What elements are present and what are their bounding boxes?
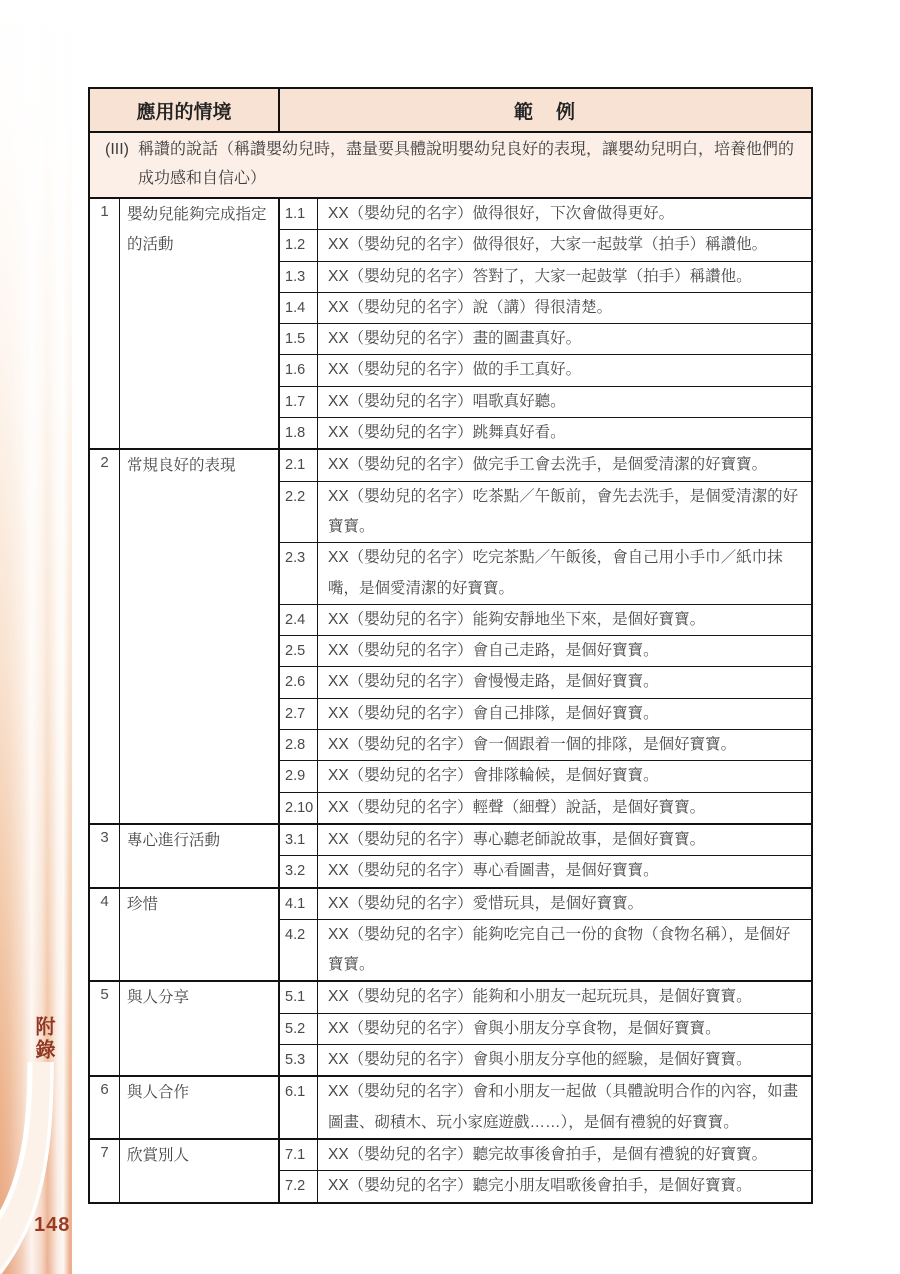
group-number: 6 (90, 1077, 120, 1138)
items-column: 7.1XX（嬰幼兒的名字）聽完故事後會拍手，是個有禮貌的好寶寶。7.2XX（嬰幼… (280, 1140, 811, 1202)
item-text: XX（嬰幼兒的名字）說（講）得很清楚。 (318, 293, 811, 323)
item-row: 2.1XX（嬰幼兒的名字）做完手工會去洗手，是個愛清潔的好寶寶。 (280, 450, 811, 480)
items-column: 6.1XX（嬰幼兒的名字）會和小朋友一起做（具體說明合作的內容，如畫圖畫、砌積木… (280, 1077, 811, 1138)
item-text: XX（嬰幼兒的名字）吃完茶點／午飯後，會自己用小手巾／紙巾抹嘴，是個愛清潔的好寶… (318, 543, 811, 604)
item-text: XX（嬰幼兒的名字）會與小朋友分享他的經驗，是個好寶寶。 (318, 1045, 811, 1075)
group-situation: 常規良好的表現 (120, 450, 280, 823)
item-id: 1.1 (280, 199, 318, 229)
table-header-row: 應用的情境 範 例 (90, 89, 811, 133)
item-row: 1.6XX（嬰幼兒的名字）做的手工真好。 (280, 354, 811, 385)
item-text: XX（嬰幼兒的名字）聽完小朋友唱歌後會拍手，是個好寶寶。 (318, 1171, 811, 1201)
item-id: 1.8 (280, 418, 318, 448)
item-id: 1.5 (280, 324, 318, 354)
item-text: XX（嬰幼兒的名字）愛惜玩具，是個好寶寶。 (318, 889, 811, 919)
item-row: 7.1XX（嬰幼兒的名字）聽完故事後會拍手，是個有禮貌的好寶寶。 (280, 1140, 811, 1170)
sidebar-gradient-strip (0, 0, 72, 1274)
item-id: 3.2 (280, 856, 318, 886)
item-text: XX（嬰幼兒的名字）聽完故事後會拍手，是個有禮貌的好寶寶。 (318, 1140, 811, 1170)
group-situation: 珍惜 (120, 889, 280, 981)
group-number: 1 (90, 199, 120, 448)
item-text: XX（嬰幼兒的名字）能夠安靜地坐下來，是個好寶寶。 (318, 605, 811, 635)
item-id: 3.1 (280, 825, 318, 855)
item-id: 2.6 (280, 667, 318, 697)
item-row: 1.3XX（嬰幼兒的名字）答對了，大家一起鼓掌（拍手）稱讚他。 (280, 261, 811, 292)
section-text: 稱讚的說話（稱讚嬰幼兒時，盡量要具體說明嬰幼兒良好的表現，讓嬰幼兒明白，培養他們… (138, 136, 803, 193)
group-number: 5 (90, 982, 120, 1075)
group-situation: 與人合作 (120, 1077, 280, 1138)
item-row: 5.3XX（嬰幼兒的名字）會與小朋友分享他的經驗，是個好寶寶。 (280, 1044, 811, 1075)
item-text: XX（嬰幼兒的名字）會慢慢走路，是個好寶寶。 (318, 667, 811, 697)
item-id: 1.7 (280, 387, 318, 417)
item-text: XX（嬰幼兒的名字）會自己走路，是個好寶寶。 (318, 636, 811, 666)
item-id: 5.3 (280, 1045, 318, 1075)
group-situation: 嬰幼兒能夠完成指定的活動 (120, 199, 280, 448)
item-text: XX（嬰幼兒的名字）會和小朋友一起做（具體說明合作的內容，如畫圖畫、砌積木、玩小… (318, 1077, 811, 1138)
items-column: 1.1XX（嬰幼兒的名字）做得很好，下次會做得更好。1.2XX（嬰幼兒的名字）做… (280, 199, 811, 448)
items-column: 2.1XX（嬰幼兒的名字）做完手工會去洗手，是個愛清潔的好寶寶。2.2XX（嬰幼… (280, 450, 811, 823)
item-text: XX（嬰幼兒的名字）輕聲（細聲）說話，是個好寶寶。 (318, 793, 811, 823)
item-row: 2.4XX（嬰幼兒的名字）能夠安靜地坐下來，是個好寶寶。 (280, 604, 811, 635)
item-id: 5.2 (280, 1014, 318, 1044)
praise-examples-table: 應用的情境 範 例 (III) 稱讚的說話（稱讚嬰幼兒時，盡量要具體說明嬰幼兒良… (88, 87, 813, 1204)
item-id: 1.6 (280, 355, 318, 385)
item-id: 2.9 (280, 761, 318, 791)
item-row: 6.1XX（嬰幼兒的名字）會和小朋友一起做（具體說明合作的內容，如畫圖畫、砌積木… (280, 1077, 811, 1138)
item-text: XX（嬰幼兒的名字）答對了，大家一起鼓掌（拍手）稱讚他。 (318, 262, 811, 292)
group-situation: 與人分享 (120, 982, 280, 1075)
item-text: XX（嬰幼兒的名字）專心聽老師說故事，是個好寶寶。 (318, 825, 811, 855)
item-row: 2.3XX（嬰幼兒的名字）吃完茶點／午飯後，會自己用小手巾／紙巾抹嘴，是個愛清潔… (280, 542, 811, 604)
group-row: 1嬰幼兒能夠完成指定的活動1.1XX（嬰幼兒的名字）做得很好，下次會做得更好。1… (90, 199, 811, 448)
header-cell-situation: 應用的情境 (90, 89, 280, 131)
table-body: 1嬰幼兒能夠完成指定的活動1.1XX（嬰幼兒的名字）做得很好，下次會做得更好。1… (90, 199, 811, 1202)
item-row: 2.9XX（嬰幼兒的名字）會排隊輪候，是個好寶寶。 (280, 760, 811, 791)
item-row: 2.5XX（嬰幼兒的名字）會自己走路，是個好寶寶。 (280, 635, 811, 666)
item-row: 2.10XX（嬰幼兒的名字）輕聲（細聲）說話，是個好寶寶。 (280, 792, 811, 823)
item-row: 4.2XX（嬰幼兒的名字）能夠吃完自己一份的食物（食物名稱），是個好寶寶。 (280, 919, 811, 981)
item-text: XX（嬰幼兒的名字）畫的圖畫真好。 (318, 324, 811, 354)
item-row: 1.5XX（嬰幼兒的名字）畫的圖畫真好。 (280, 323, 811, 354)
item-text: XX（嬰幼兒的名字）會與小朋友分享食物，是個好寶寶。 (318, 1014, 811, 1044)
item-text: XX（嬰幼兒的名字）跳舞真好看。 (318, 418, 811, 448)
item-text: XX（嬰幼兒的名字）唱歌真好聽。 (318, 387, 811, 417)
item-id: 2.3 (280, 543, 318, 604)
item-id: 1.3 (280, 262, 318, 292)
item-id: 2.4 (280, 605, 318, 635)
section-note-row: (III) 稱讚的說話（稱讚嬰幼兒時，盡量要具體說明嬰幼兒良好的表現，讓嬰幼兒明… (90, 133, 811, 199)
group-number: 3 (90, 825, 120, 887)
item-id: 2.8 (280, 730, 318, 760)
item-row: 3.1XX（嬰幼兒的名字）專心聽老師說故事，是個好寶寶。 (280, 825, 811, 855)
appendix-label: 附錄 (29, 1016, 58, 1062)
item-row: 2.8XX（嬰幼兒的名字）會一個跟着一個的排隊，是個好寶寶。 (280, 729, 811, 760)
items-column: 3.1XX（嬰幼兒的名字）專心聽老師說故事，是個好寶寶。3.2XX（嬰幼兒的名字… (280, 825, 811, 887)
group-number: 2 (90, 450, 120, 823)
item-id: 2.2 (280, 482, 318, 543)
group-row: 4珍惜4.1XX（嬰幼兒的名字）愛惜玩具，是個好寶寶。4.2XX（嬰幼兒的名字）… (90, 887, 811, 981)
item-row: 5.2XX（嬰幼兒的名字）會與小朋友分享食物，是個好寶寶。 (280, 1013, 811, 1044)
sidebar-swoosh-decoration (0, 1062, 72, 1274)
group-number: 7 (90, 1140, 120, 1202)
item-id: 1.2 (280, 230, 318, 260)
item-id: 1.4 (280, 293, 318, 323)
item-row: 3.2XX（嬰幼兒的名字）專心看圖書，是個好寶寶。 (280, 855, 811, 886)
item-row: 7.2XX（嬰幼兒的名字）聽完小朋友唱歌後會拍手，是個好寶寶。 (280, 1170, 811, 1201)
item-text: XX（嬰幼兒的名字）做完手工會去洗手，是個愛清潔的好寶寶。 (318, 450, 811, 480)
item-id: 2.5 (280, 636, 318, 666)
item-id: 7.2 (280, 1171, 318, 1201)
item-text: XX（嬰幼兒的名字）會自己排隊，是個好寶寶。 (318, 699, 811, 729)
group-number: 4 (90, 889, 120, 981)
item-row: 2.2XX（嬰幼兒的名字）吃茶點／午飯前，會先去洗手，是個愛清潔的好寶寶。 (280, 481, 811, 543)
group-situation: 專心進行活動 (120, 825, 280, 887)
group-row: 7欣賞別人7.1XX（嬰幼兒的名字）聽完故事後會拍手，是個有禮貌的好寶寶。7.2… (90, 1138, 811, 1202)
item-row: 5.1XX（嬰幼兒的名字）能夠和小朋友一起玩玩具，是個好寶寶。 (280, 982, 811, 1012)
item-id: 5.1 (280, 982, 318, 1012)
group-row: 5與人分享5.1XX（嬰幼兒的名字）能夠和小朋友一起玩玩具，是個好寶寶。5.2X… (90, 980, 811, 1075)
item-id: 4.2 (280, 920, 318, 981)
item-id: 2.10 (280, 793, 318, 823)
section-marker: (III) (96, 136, 138, 193)
group-row: 2常規良好的表現2.1XX（嬰幼兒的名字）做完手工會去洗手，是個愛清潔的好寶寶。… (90, 448, 811, 823)
header-cell-example: 範 例 (280, 89, 811, 131)
page-number: 148 (34, 1214, 70, 1237)
item-text: XX（嬰幼兒的名字）能夠吃完自己一份的食物（食物名稱），是個好寶寶。 (318, 920, 811, 981)
item-row: 4.1XX（嬰幼兒的名字）愛惜玩具，是個好寶寶。 (280, 889, 811, 919)
item-row: 2.6XX（嬰幼兒的名字）會慢慢走路，是個好寶寶。 (280, 666, 811, 697)
item-text: XX（嬰幼兒的名字）做得很好，大家一起鼓掌（拍手）稱讚他。 (318, 230, 811, 260)
item-row: 1.2XX（嬰幼兒的名字）做得很好，大家一起鼓掌（拍手）稱讚他。 (280, 229, 811, 260)
item-text: XX（嬰幼兒的名字）專心看圖書，是個好寶寶。 (318, 856, 811, 886)
item-id: 4.1 (280, 889, 318, 919)
item-row: 1.1XX（嬰幼兒的名字）做得很好，下次會做得更好。 (280, 199, 811, 229)
items-column: 4.1XX（嬰幼兒的名字）愛惜玩具，是個好寶寶。4.2XX（嬰幼兒的名字）能夠吃… (280, 889, 811, 981)
item-text: XX（嬰幼兒的名字）會一個跟着一個的排隊，是個好寶寶。 (318, 730, 811, 760)
item-text: XX（嬰幼兒的名字）做得很好，下次會做得更好。 (318, 199, 811, 229)
group-situation: 欣賞別人 (120, 1140, 280, 1202)
item-row: 2.7XX（嬰幼兒的名字）會自己排隊，是個好寶寶。 (280, 698, 811, 729)
item-text: XX（嬰幼兒的名字）會排隊輪候，是個好寶寶。 (318, 761, 811, 791)
item-text: XX（嬰幼兒的名字）吃茶點／午飯前，會先去洗手，是個愛清潔的好寶寶。 (318, 482, 811, 543)
item-text: XX（嬰幼兒的名字）能夠和小朋友一起玩玩具，是個好寶寶。 (318, 982, 811, 1012)
items-column: 5.1XX（嬰幼兒的名字）能夠和小朋友一起玩玩具，是個好寶寶。5.2XX（嬰幼兒… (280, 982, 811, 1075)
item-row: 1.7XX（嬰幼兒的名字）唱歌真好聽。 (280, 386, 811, 417)
item-id: 6.1 (280, 1077, 318, 1138)
item-id: 2.7 (280, 699, 318, 729)
item-text: XX（嬰幼兒的名字）做的手工真好。 (318, 355, 811, 385)
item-id: 2.1 (280, 450, 318, 480)
page: { "colors": { "header_bg": "#f8e2d3", "s… (0, 0, 900, 1274)
group-row: 6與人合作6.1XX（嬰幼兒的名字）會和小朋友一起做（具體說明合作的內容，如畫圖… (90, 1075, 811, 1138)
item-id: 7.1 (280, 1140, 318, 1170)
item-row: 1.8XX（嬰幼兒的名字）跳舞真好看。 (280, 417, 811, 448)
item-row: 1.4XX（嬰幼兒的名字）說（講）得很清楚。 (280, 292, 811, 323)
group-row: 3專心進行活動3.1XX（嬰幼兒的名字）專心聽老師說故事，是個好寶寶。3.2XX… (90, 823, 811, 887)
